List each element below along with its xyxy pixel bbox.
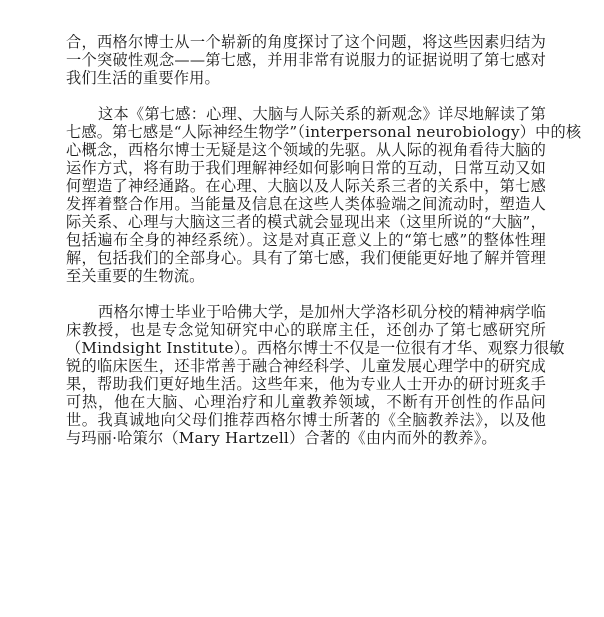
text-line: 何塑造了神经通路。在心理、大脑以及人际关系三者的关系中，第七感 [66,177,546,195]
text-line: 运作方式，将有助于我们理解神经如何影响日常的互动，日常互动又如 [66,159,546,177]
text-line: 可热，他在大脑、心理治疗和儿童教养领域，不断有开创性的作品问 [66,393,546,411]
text-line: 世。我真诚地向父母们推荐西格尔博士所著的《全脑教养法》，以及他 [66,411,546,429]
text-line: 际关系、心理与大脑这三者的模式就会显现出来（这里所说的“大脑”， [66,213,546,231]
text-line: 至关重要的生物流。 [66,267,546,285]
text-line: 解，包括我们的全部身心。具有了第七感，我们便能更好地了解并管理 [66,249,546,267]
text-line: 我们生活的重要作用。 [66,69,546,87]
text-line: 发挥着整合作用。当能量及信息在这些人类体验端之间流动时，塑造人 [66,195,546,213]
paragraph-book-description: 这本《第七感：心理、大脑与人际关系的新观念》详尽地解读了第 七感。第七感是“人际… [66,105,546,285]
text-line: 一个突破性观念——第七感，并用非常有说服力的证据说明了第七感对 [66,51,546,69]
text-line: 与玛丽·哈策尔（Mary Hartzell）合著的《由内而外的教养》。 [66,429,546,447]
text-line: 七感。第七感是“人际神经生物学”（interpersonal neurobiol… [66,123,546,141]
text-line: 锐的临床医生，还非常善于融合神经科学、儿童发展心理学中的研究成 [66,357,546,375]
text-line: 西格尔博士毕业于哈佛大学，是加州大学洛杉矶分校的精神病学临 [66,303,546,321]
text-line: 合，西格尔博士从一个崭新的角度探讨了这个问题，将这些因素归结为 [66,33,546,51]
text-line: 果，帮助我们更好地生活。这些年来，他为专业人士开办的研讨班炙手 [66,375,546,393]
text-line: 心概念，西格尔博士无疑是这个领域的先驱。从人际的视角看待大脑的 [66,141,546,159]
document-page: 合，西格尔博士从一个崭新的角度探讨了这个问题，将这些因素归结为 一个突破性观念—… [66,33,546,465]
text-line: （Mindsight Institute）。西格尔博士不仅是一位很有才华、观察力… [66,339,546,357]
paragraph-author-bio: 西格尔博士毕业于哈佛大学，是加州大学洛杉矶分校的精神病学临 床教授，也是专念觉知… [66,303,546,447]
text-line: 包括遍布全身的神经系统）。这是对真正意义上的“第七感”的整体性理 [66,231,546,249]
text-line: 这本《第七感：心理、大脑与人际关系的新观念》详尽地解读了第 [66,105,546,123]
paragraph-intro-continuation: 合，西格尔博士从一个崭新的角度探讨了这个问题，将这些因素归结为 一个突破性观念—… [66,33,546,87]
text-line: 床教授，也是专念觉知研究中心的联席主任，还创办了第七感研究所 [66,321,546,339]
